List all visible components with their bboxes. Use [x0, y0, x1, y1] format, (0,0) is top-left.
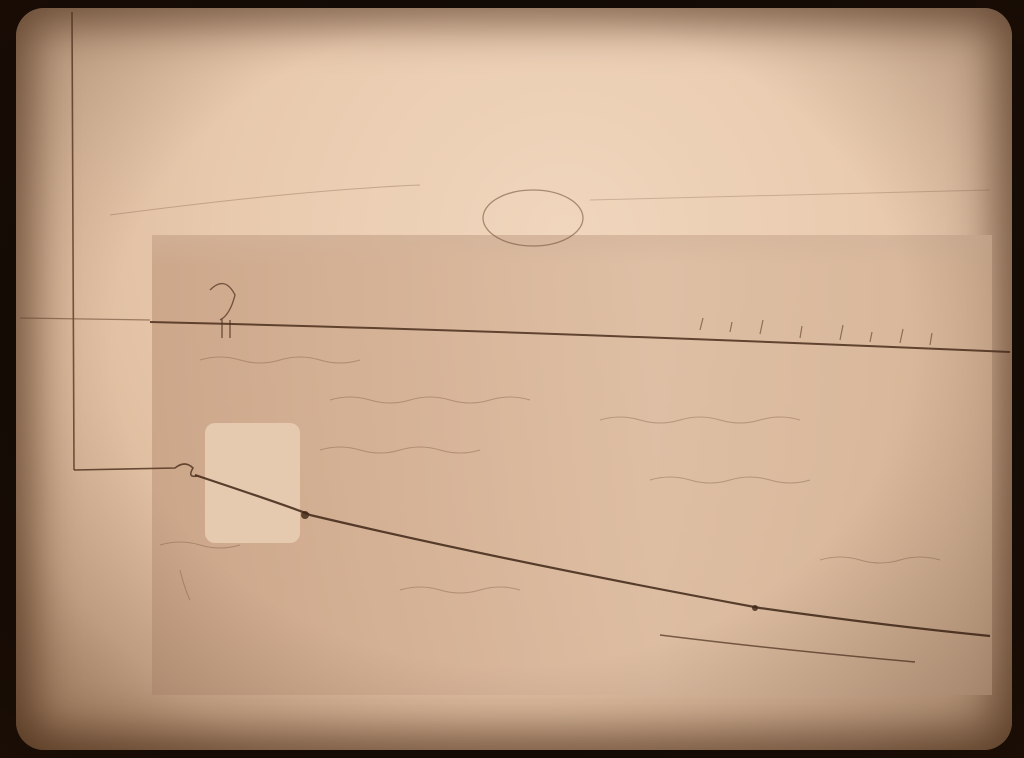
pencil-sketch [0, 0, 1024, 758]
film-frame [0, 0, 1024, 758]
